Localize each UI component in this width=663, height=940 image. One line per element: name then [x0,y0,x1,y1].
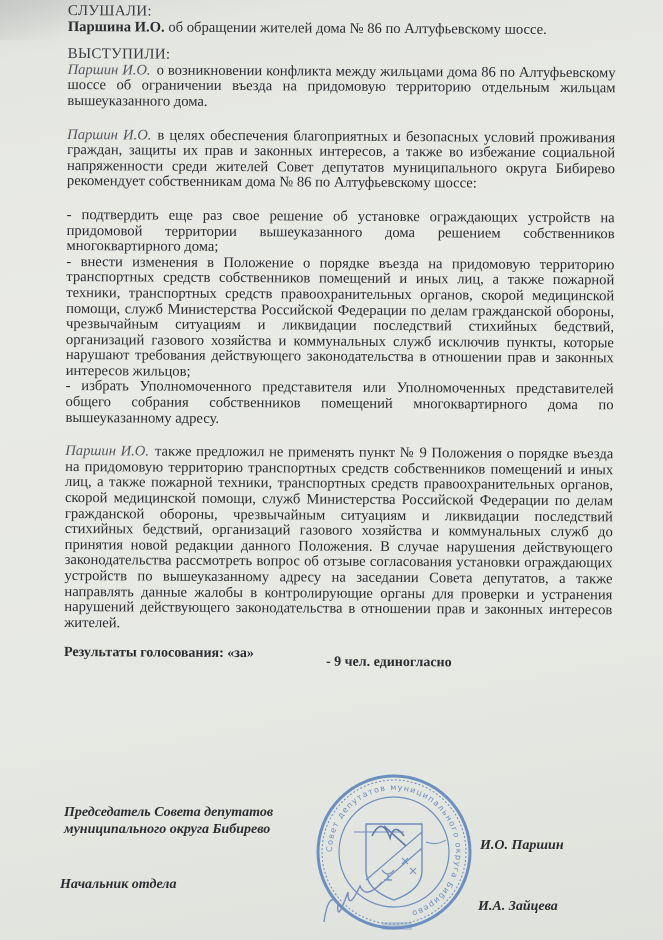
heard-speaker: Паршина И.О. [68,19,165,36]
paragraph-proposal: Паршин И.О.также предложил не применять … [64,444,613,634]
speaker-name: Паршин И.О. [67,127,151,144]
recommendation-item: - избрать Уполномоченного представителя … [65,379,613,429]
voting-result: - 9 чел. единогласно [326,655,452,671]
recommendation-item: - подтвердить еще раз свое решение об ус… [66,208,614,258]
document-page: СЛУШАЛИ: Паршина И.О. об обращении жител… [64,4,616,672]
voting-results: Результаты голосования: «за» - 9 чел. ед… [64,645,612,672]
official-stamp-icon: Совет депутатов муниципального округа Би… [314,772,474,932]
recommendation-item: - внести изменения в Положение о порядке… [66,255,615,383]
dept-title: Начальник отдела [60,877,177,893]
speaker-name: Паршин И.О. [65,443,149,460]
chair-title: Председатель Совета депутатов муниципаль… [64,804,273,838]
speaker-name: Паршин И.О. [68,62,151,79]
paragraph-text: также предложил не применять пункт № 9 П… [64,444,613,631]
heard-text: об обращении жителей дома № 86 по Алтуфь… [168,19,547,37]
paragraph-conflict: Паршин И.О.о возникновении конфликта меж… [67,63,615,113]
chair-name: И.О. Паршин [480,838,564,854]
dept-name: И.А. Зайцева [478,899,558,915]
voting-label: Результаты голосования: «за» [64,645,326,670]
paragraph-recommendation: Паршин И.О.в целях обеспечения благоприя… [67,128,615,194]
